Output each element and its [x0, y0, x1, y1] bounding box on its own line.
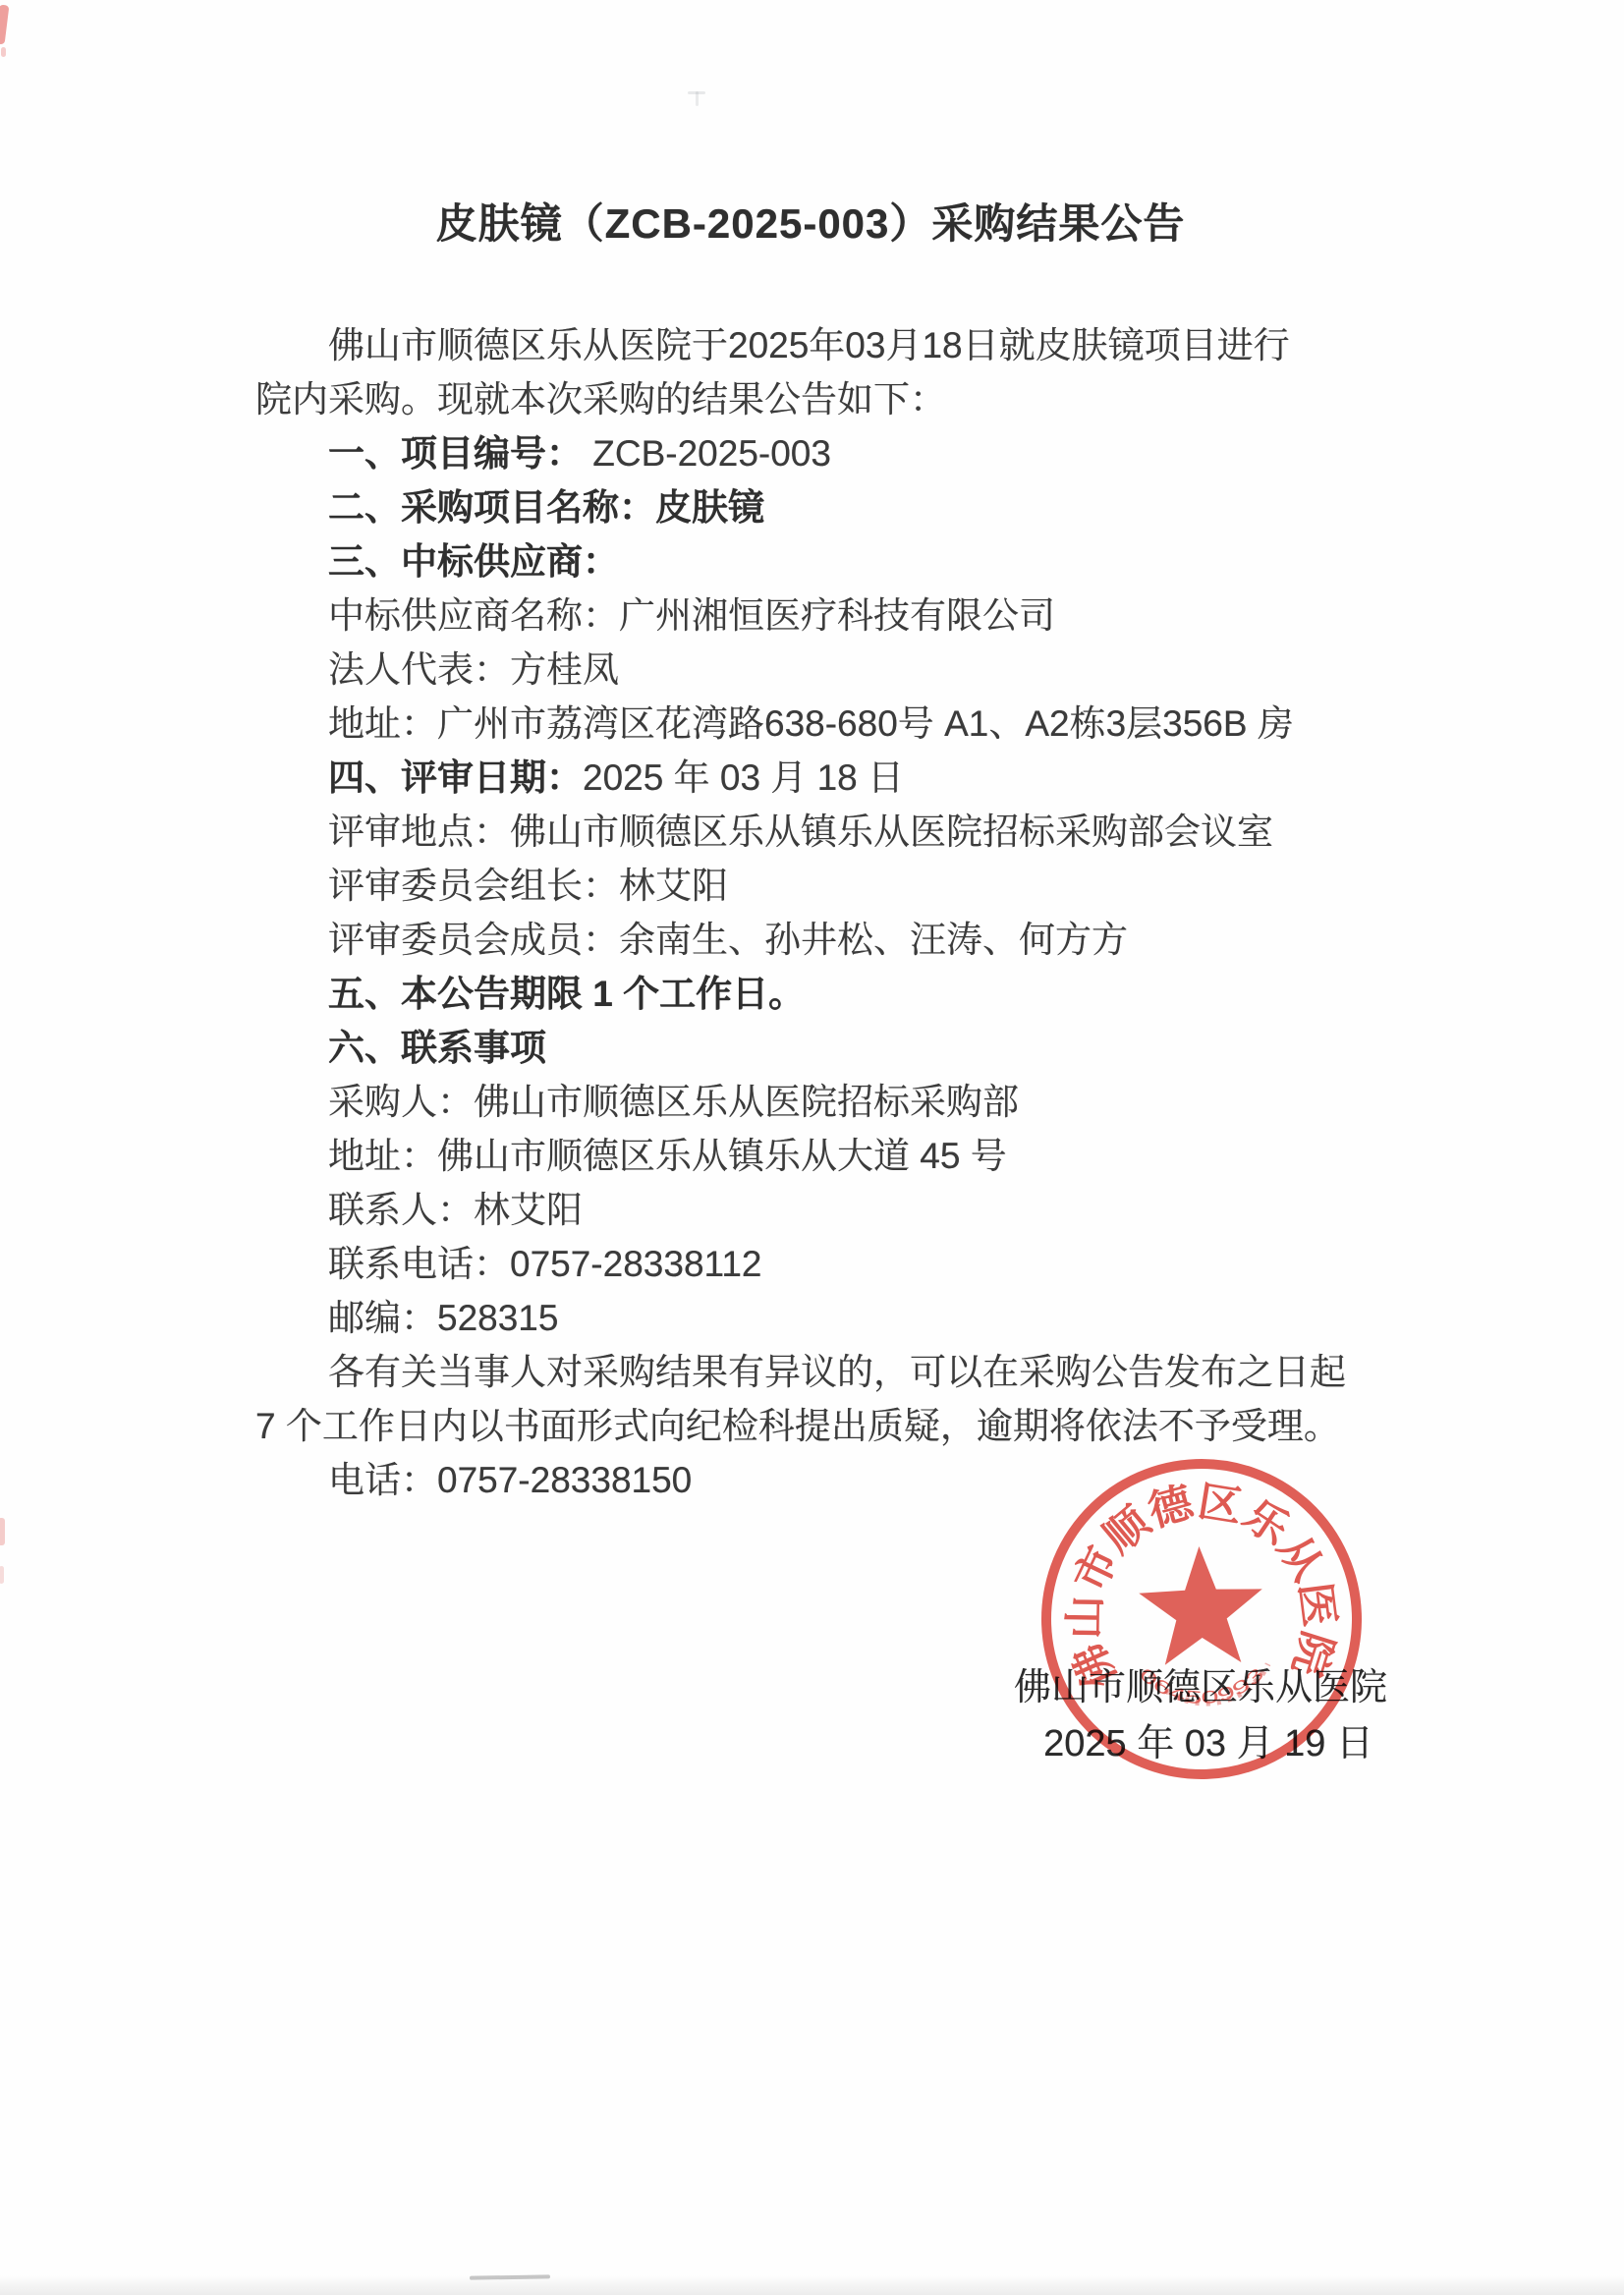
doc-line: 中标供应商名称：广州湘恒医疗科技有限公司 — [255, 588, 1375, 643]
doc-line: 佛山市顺德区乐从医院于2025年03月18日就皮肤镜项目进行 — [255, 318, 1375, 372]
doc-line: 地址：广州市荔湾区花湾路638-680号 A1、A2栋3层356B 房 — [255, 697, 1375, 751]
doc-line: 7 个工作日内以书面形式向纪检科提出质疑，逾期将依法不予受理。 — [255, 1399, 1375, 1453]
scan-artifact-red-corner — [1, 47, 6, 57]
doc-line: 四、评审日期：2025 年 03 月 18 日 — [255, 751, 1375, 805]
seal-serial: 06450993 — [1135, 1659, 1268, 1709]
doc-line: 法人代表：方桂凤 — [255, 643, 1375, 697]
doc-line: 评审委员会组长：林艾阳 — [255, 859, 1375, 913]
scan-artifact-mark — [696, 91, 699, 106]
document-title: 皮肤镜（ZCB-2025-003）采购结果公告 — [226, 199, 1395, 249]
scan-artifact-edge — [0, 1518, 5, 1545]
doc-line: 三、中标供应商： — [255, 534, 1375, 588]
doc-line: 六、联系事项 — [255, 1021, 1375, 1075]
scan-artifact-red-corner — [0, 5, 9, 45]
svg-text:06450993: 06450993 — [1135, 1659, 1268, 1709]
doc-line: 联系人：林艾阳 — [255, 1183, 1375, 1237]
doc-line: 地址：佛山市顺德区乐从镇乐从大道 45 号 — [255, 1129, 1375, 1183]
doc-line: 院内采购。现就本次采购的结果公告如下： — [255, 372, 1375, 426]
official-seal: 佛山市顺德区乐从医院 06450993 — [1029, 1446, 1374, 1792]
scan-artifact-mark — [688, 91, 705, 94]
doc-line: 五、本公告期限 1 个工作日。 — [255, 967, 1375, 1021]
scan-artifact-bottom-band — [0, 2275, 1624, 2295]
scan-artifact-edge — [0, 1566, 4, 1584]
doc-line: 联系电话：0757-28338112 — [255, 1237, 1375, 1291]
doc-line: 一、项目编号： ZCB-2025-003 — [255, 426, 1375, 480]
document-body: 佛山市顺德区乐从医院于2025年03月18日就皮肤镜项目进行 院内采购。现就本次… — [255, 318, 1375, 1507]
doc-line: 评审委员会成员：余南生、孙井松、汪涛、何方方 — [255, 913, 1375, 967]
scan-artifact-smudge — [470, 2274, 550, 2279]
doc-line: 二、采购项目名称：皮肤镜 — [255, 480, 1375, 534]
doc-line: 各有关当事人对采购结果有异议的，可以在采购公告发布之日起 — [255, 1345, 1375, 1399]
doc-line: 采购人：佛山市顺德区乐从医院招标采购部 — [255, 1075, 1375, 1129]
doc-line: 邮编：528315 — [255, 1291, 1375, 1345]
scanned-document-page: 皮肤镜（ZCB-2025-003）采购结果公告 佛山市顺德区乐从医院于2025年… — [0, 0, 1624, 2295]
seal-star-icon — [1138, 1544, 1265, 1666]
doc-line: 评审地点：佛山市顺德区乐从镇乐从医院招标采购部会议室 — [255, 805, 1375, 859]
